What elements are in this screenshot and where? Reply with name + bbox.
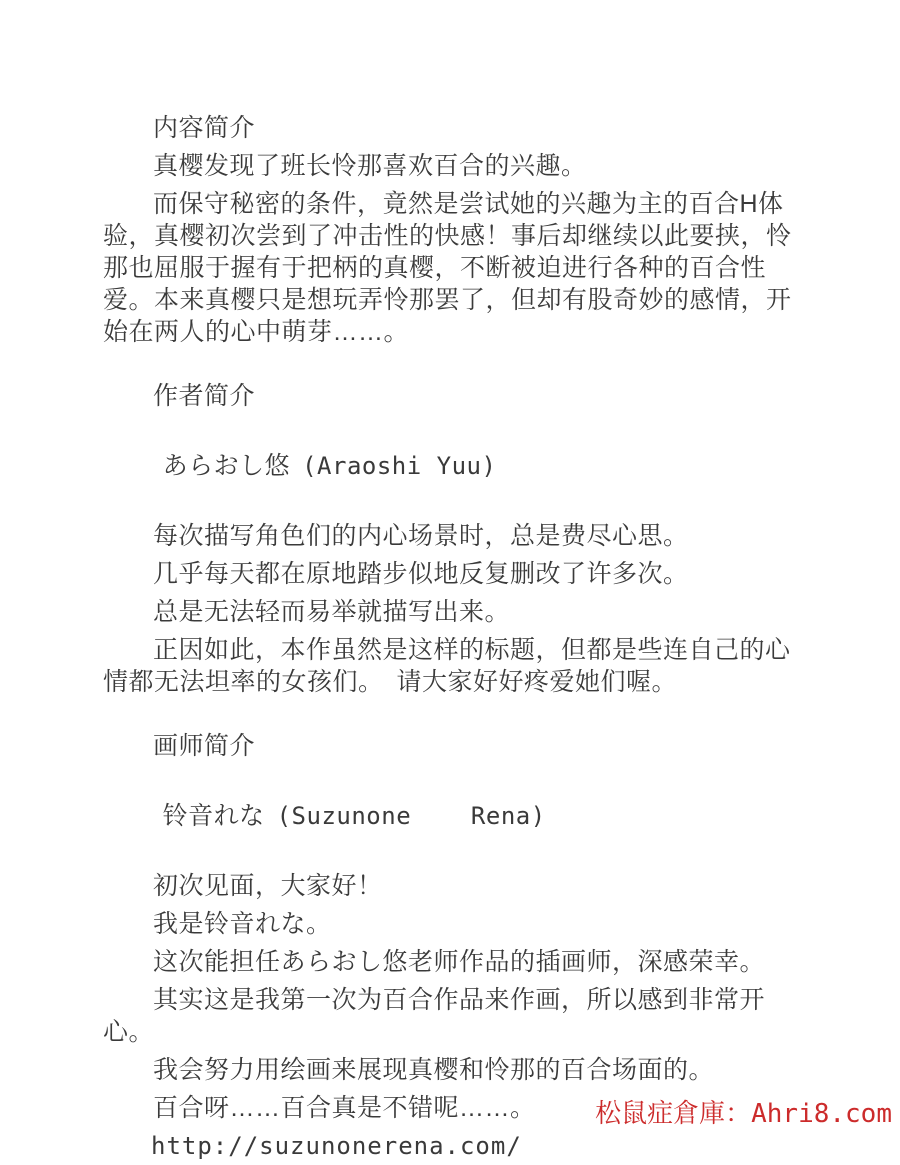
watermark: 松鼠症倉庫：Ahri8.com bbox=[532, 1069, 892, 1159]
artist-intro-heading: 画师简介 bbox=[103, 730, 803, 762]
content-intro-paragraph: 真樱发现了班长怜那喜欢百合的兴趣。 bbox=[103, 150, 803, 182]
artist-name-line: 铃音れな(Suzunone Rena) bbox=[103, 768, 803, 864]
book-page: 内容简介 真樱发现了班长怜那喜欢百合的兴趣。 而保守秘密的条件，竟然是尝试她的兴… bbox=[0, 0, 900, 1165]
author-intro-paragraph: 每次描写角色们的内心场景时，总是费尽心思。 bbox=[103, 520, 803, 552]
artist-intro-paragraph: 其实这是我第一次为百合作品来作画，所以感到非常开心。 bbox=[103, 984, 803, 1048]
artist-intro-paragraph: 这次能担任あらおし悠老师作品的插画师，深感荣幸。 bbox=[103, 946, 803, 978]
author-name-line: あらおし悠(Araoshi Yuu) bbox=[103, 418, 803, 514]
artist-name-jp: 铃音れな bbox=[163, 802, 265, 830]
author-intro-heading: 作者简介 bbox=[103, 380, 803, 412]
section-author-intro: 作者简介 あらおし悠(Araoshi Yuu) 每次描写角色们的内心场景时，总是… bbox=[103, 380, 803, 698]
content-intro-paragraph: 而保守秘密的条件，竟然是尝试她的兴趣为主的百合H体验，真樱初次尝到了冲击性的快感… bbox=[103, 188, 803, 348]
author-name-romaji: (Araoshi Yuu) bbox=[302, 452, 496, 480]
artist-name-romaji: (Suzunone Rena) bbox=[277, 802, 546, 830]
author-intro-paragraph: 正因如此，本作虽然是这样的标题，但都是些连自己的心情都无法坦率的女孩们。 请大家… bbox=[103, 634, 803, 698]
artist-intro-paragraph: 初次见面，大家好！ bbox=[103, 870, 803, 902]
author-intro-paragraph: 总是无法轻而易举就描写出来。 bbox=[103, 596, 803, 628]
watermark-text: 松鼠症倉庫：Ahri8.com bbox=[595, 1099, 892, 1129]
author-name-jp: あらおし悠 bbox=[163, 452, 291, 480]
content-intro-heading: 内容简介 bbox=[103, 112, 803, 144]
page-content: 内容简介 真樱发现了班长怜那喜欢百合的兴趣。 而保守秘密的条件，竟然是尝试她的兴… bbox=[0, 0, 900, 1165]
artist-intro-paragraph: 我是铃音れな。 bbox=[103, 908, 803, 940]
author-intro-paragraph: 几乎每天都在原地踏步似地反复删改了许多次。 bbox=[103, 558, 803, 590]
section-content-intro: 内容简介 真樱发现了班长怜那喜欢百合的兴趣。 而保守秘密的条件，竟然是尝试她的兴… bbox=[103, 112, 803, 348]
